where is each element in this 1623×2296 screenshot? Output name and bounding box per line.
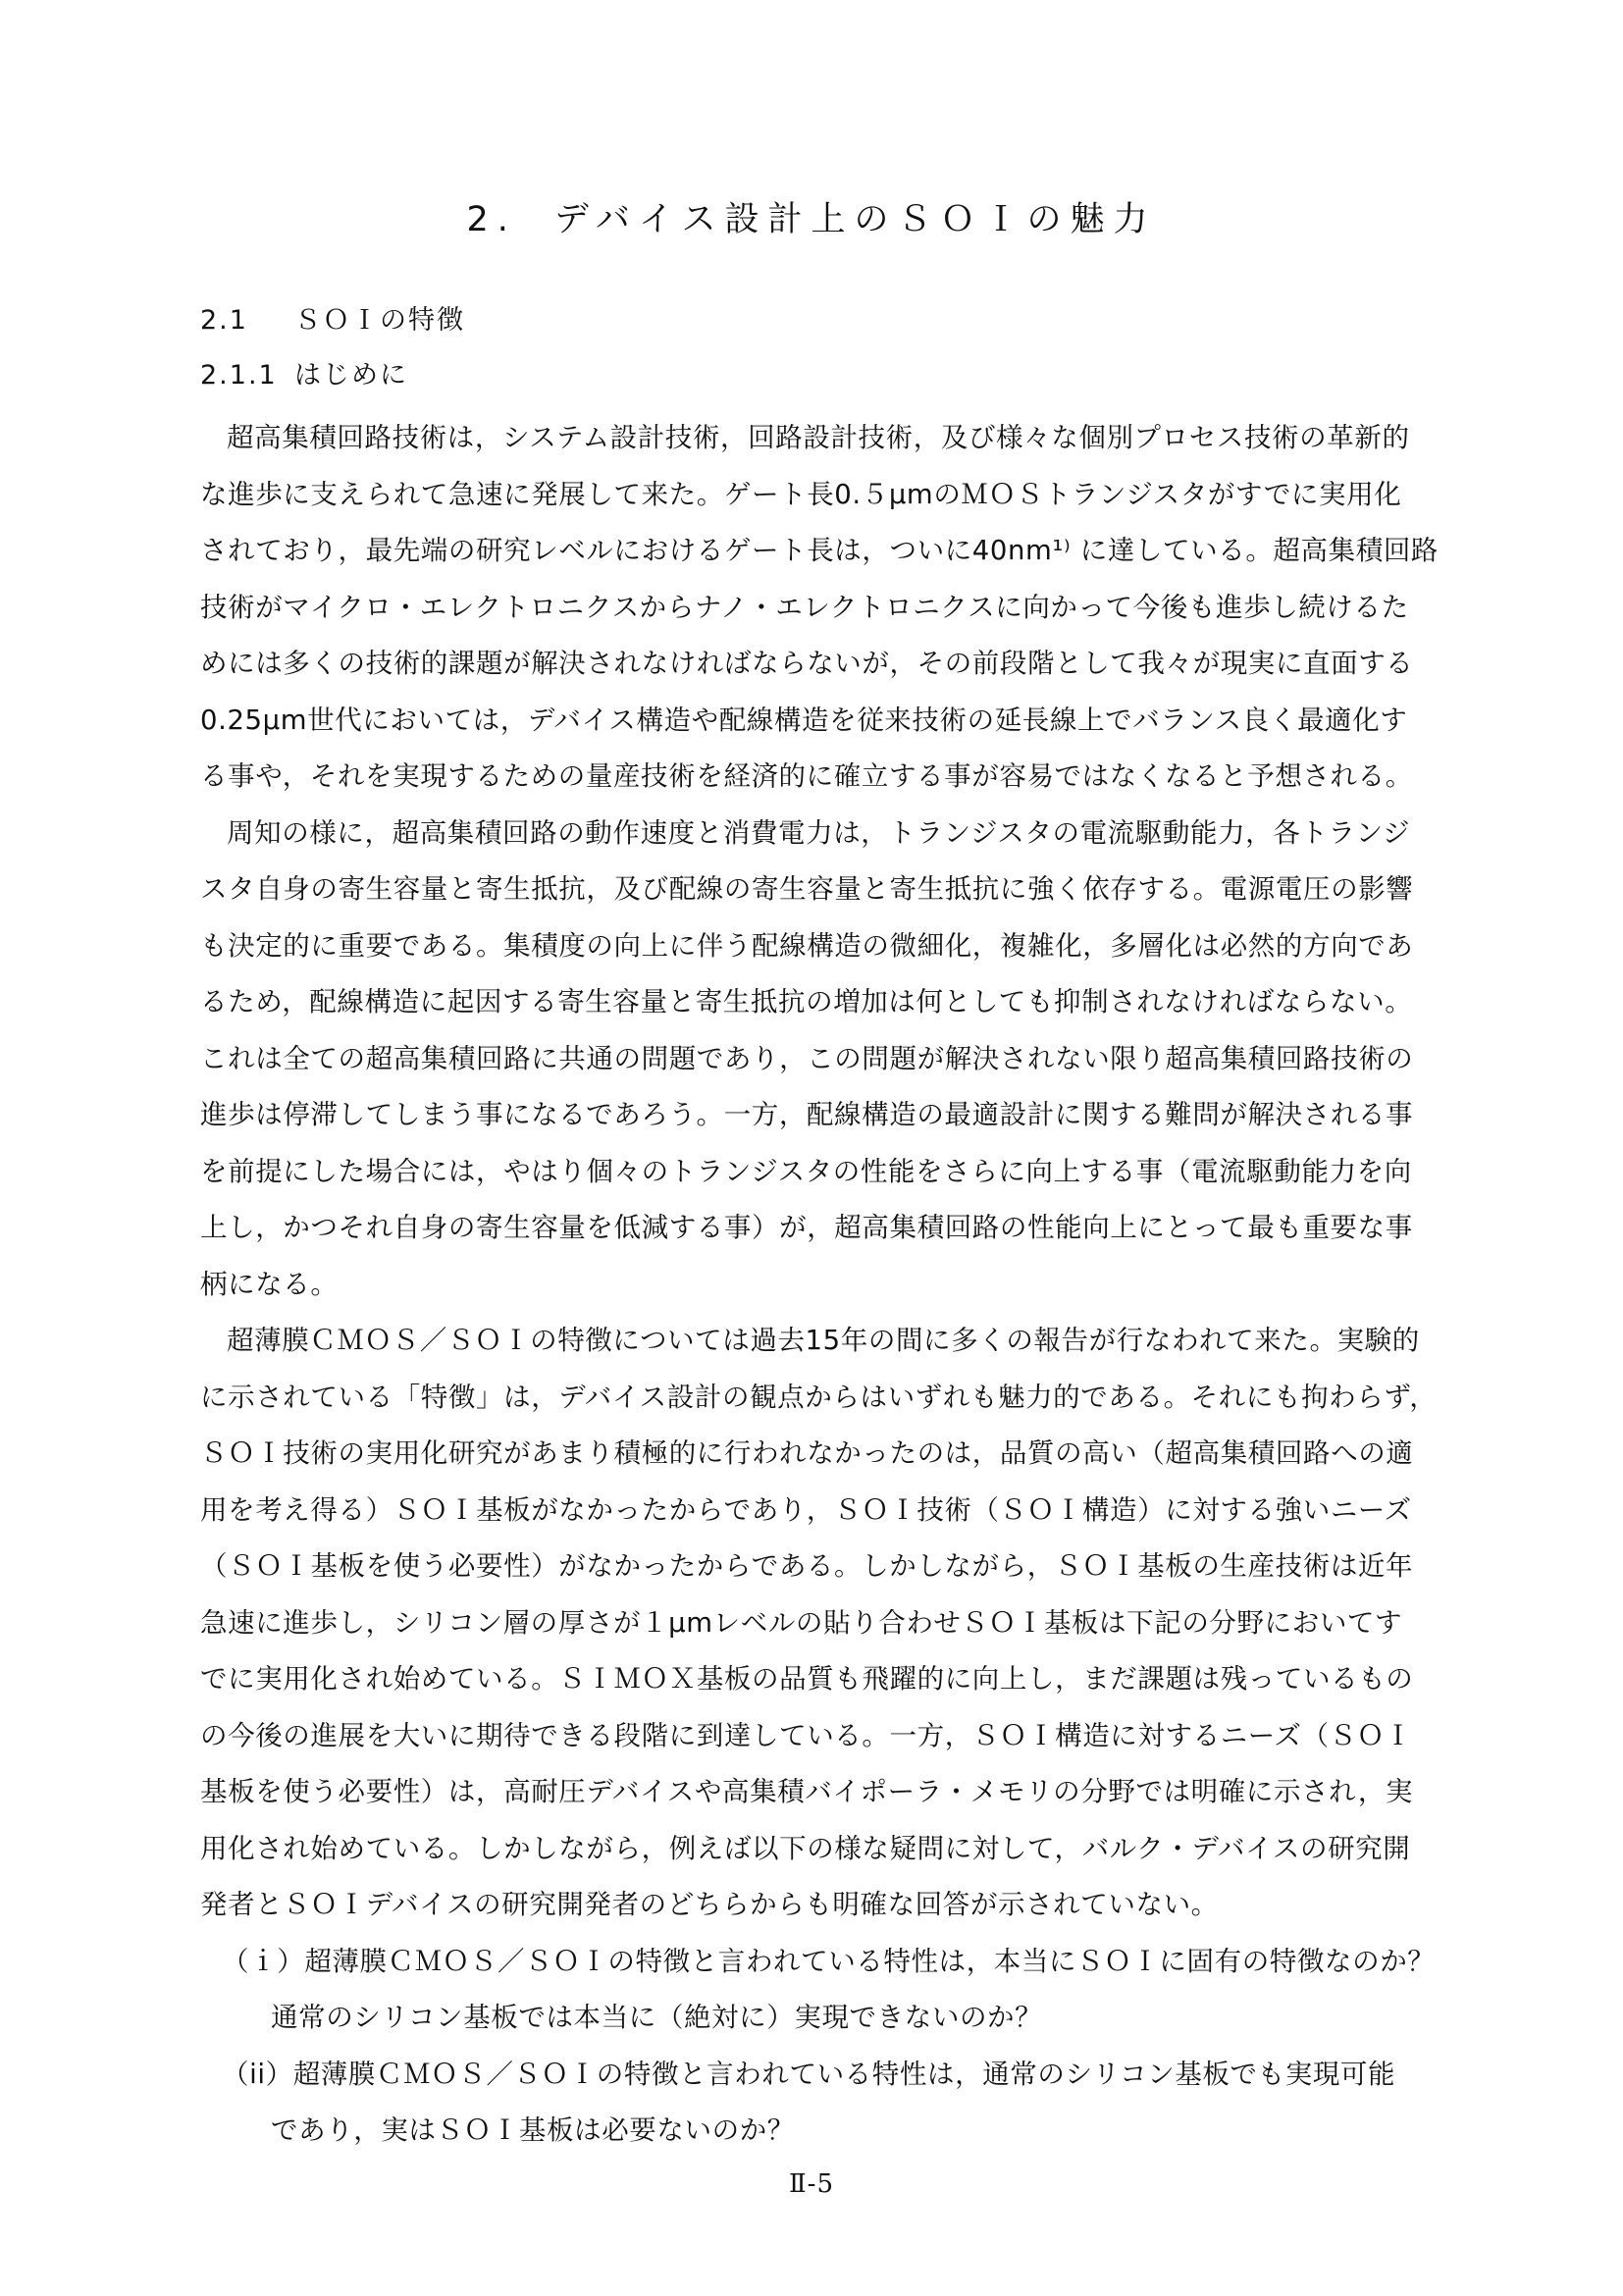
body-text: 超高集積回路技術は，システム設計技術，回路設計技術，及び様々な個別プロセス技術の… — [200, 410, 1476, 2160]
paragraph-3: 超薄膜ＣＭＯＳ／ＳＯＩの特徴については過去15年の間に多くの報告が行なわれて来た… — [200, 1313, 1476, 1934]
question-item-2: （ii）超薄膜ＣＭＯＳ／ＳＯＩの特徴と言われている特性は，通常のシリコン基板でも… — [200, 2047, 1476, 2104]
text-line: されており，最先端の研究レベルにおけるゲート長は，ついに40nm¹⁾ に達してい… — [200, 523, 1476, 580]
text-line: るため，配線構造に起因する寄生容量と寄生抵抗の増加は何としても抑制されなければな… — [200, 974, 1476, 1031]
text-line: る事や，それを実現するための量産技術を経済的に確立する事が容易ではなくなると予想… — [200, 749, 1476, 806]
text-line: これは全ての超高集積回路に共通の問題であり，この問題が解決されない限り超高集積回… — [200, 1031, 1476, 1088]
text-line: も決定的に重要である。集積度の向上に伴う配線構造の微細化，複雑化，多層化は必然的… — [200, 918, 1476, 975]
text-line: でに実用化され始めている。ＳＩＭＯＸ基板の品質も飛躍的に向上し，まだ課題は残って… — [200, 1651, 1476, 1708]
chapter-number: 2. — [467, 200, 517, 239]
text-line: 柄になる。 — [200, 1257, 1476, 1314]
section-number: 2.1 — [200, 305, 294, 336]
chapter-title-text: デバイス設計上のＳＯＩの魅力 — [554, 200, 1157, 239]
text-line: 用化され始めている。しかしながら，例えば以下の様な疑問に対して，バルク・デバイス… — [200, 1821, 1476, 1878]
question-text: 超薄膜ＣＭＯＳ／ＳＯＩの特徴と言われている特性は，通常のシリコン基板でも実現可能 — [293, 2059, 1395, 2090]
text-line: に示されている「特徴」は，デバイス設計の観点からはいずれも魅力的である。それにも… — [200, 1370, 1476, 1427]
text-line: を前提にした場合には，やはり個々のトランジスタの性能をさらに向上する事（電流駆動… — [200, 1144, 1476, 1201]
text-line: 超薄膜ＣＭＯＳ／ＳＯＩの特徴については過去15年の間に多くの報告が行なわれて来た… — [200, 1313, 1476, 1370]
subsection-number: 2.1.1 — [200, 360, 294, 391]
text-line: 周知の様に，超高集積回路の動作速度と消費電力は，トランジスタの電流駆動能力，各ト… — [200, 806, 1476, 862]
section-heading: 2.1ＳＯＩの特徴 — [200, 298, 465, 337]
text-line: の今後の進展を大いに期待できる段階に到達している。一方，ＳＯＩ構造に対するニーズ… — [200, 1708, 1476, 1765]
question-item-1: （ｉ）超薄膜ＣＭＯＳ／ＳＯＩの特徴と言われている特性は，本当にＳＯＩに固有の特徴… — [200, 1934, 1476, 1991]
paragraph-1: 超高集積回路技術は，システム設計技術，回路設計技術，及び様々な個別プロセス技術の… — [200, 410, 1476, 806]
chapter-title: 2.デバイス設計上のＳＯＩの魅力 — [0, 192, 1623, 241]
text-line: 急速に進歩し，シリコン層の厚さが１μmレベルの貼り合わせＳＯＩ基板は下記の分野に… — [200, 1595, 1476, 1652]
text-line: 発者とＳＯＩデバイスの研究開発者のどちらからも明確な回答が示されていない。 — [200, 1877, 1476, 1934]
text-line: 上し，かつそれ自身の寄生容量を低減する事）が，超高集積回路の性能向上にとって最も… — [200, 1200, 1476, 1257]
text-line: めには多くの技術的課題が解決されなければならないが，その前段階として我々が現実に… — [200, 636, 1476, 693]
paragraph-2: 周知の様に，超高集積回路の動作速度と消費電力は，トランジスタの電流駆動能力，各ト… — [200, 806, 1476, 1314]
question-marker: （ｉ） — [222, 1946, 304, 1977]
text-line: 基板を使う必要性）は，高耐圧デバイスや高集積バイポーラ・メモリの分野では明確に示… — [200, 1764, 1476, 1821]
question-text: 超薄膜ＣＭＯＳ／ＳＯＩの特徴と言われている特性は，本当にＳＯＩに固有の特徴なのか… — [304, 1946, 1435, 1977]
text-line: スタ自身の寄生容量と寄生抵抗，及び配線の寄生容量と寄生抵抗に強く依存する。電源電… — [200, 861, 1476, 918]
question-marker: （ii） — [222, 2059, 293, 2090]
question-item-2-continuation: であり，実はＳＯＩ基板は必要ないのか？ — [200, 2103, 1476, 2160]
section-title: ＳＯＩの特徴 — [294, 305, 465, 336]
text-line: 0.25μm世代においては，デバイス構造や配線構造を従来技術の延長線上でバランス… — [200, 693, 1476, 750]
question-item-1-continuation: 通常のシリコン基板では本当に（絶対に）実現できないのか？ — [200, 1990, 1476, 2047]
page-number: Ⅱ-5 — [0, 2169, 1623, 2199]
text-line: 超高集積回路技術は，システム設計技術，回路設計技術，及び様々な個別プロセス技術の… — [200, 410, 1476, 467]
subsection-heading: 2.1.1はじめに — [200, 353, 408, 391]
question-list: （ｉ）超薄膜ＣＭＯＳ／ＳＯＩの特徴と言われている特性は，本当にＳＯＩに固有の特徴… — [200, 1934, 1476, 2160]
text-line: 進歩は停滞してしまう事になるであろう。一方，配線構造の最適設計に関する難問が解決… — [200, 1087, 1476, 1144]
text-line: 用を考え得る）ＳＯＩ基板がなかったからであり，ＳＯＩ技術（ＳＯＩ構造）に対する強… — [200, 1483, 1476, 1539]
text-line: ＳＯＩ技術の実用化研究があまり積極的に行われなかったのは，品質の高い（超高集積回… — [200, 1426, 1476, 1483]
text-line: な進歩に支えられて急速に発展して来た。ゲート長0.５μmのＭＯＳトランジスタがす… — [200, 467, 1476, 524]
text-line: 技術がマイクロ・エレクトロニクスからナノ・エレクトロニクスに向かって今後も進歩し… — [200, 580, 1476, 637]
document-page: 2.デバイス設計上のＳＯＩの魅力 2.1ＳＯＩの特徴 2.1.1はじめに 超高集… — [0, 0, 1623, 2296]
text-line: （ＳＯＩ基板を使う必要性）がなかったからである。しかしながら，ＳＯＩ基板の生産技… — [200, 1539, 1476, 1595]
subsection-title: はじめに — [294, 360, 408, 391]
